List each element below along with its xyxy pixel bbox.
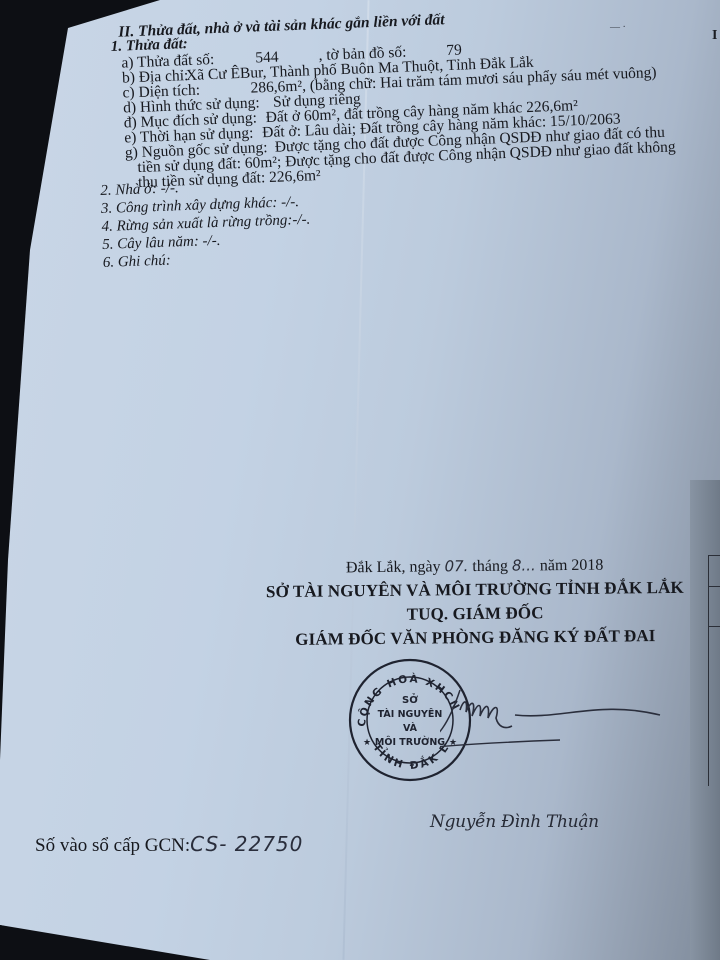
other-assets-list: 2. Nhà ở: -/-. 3. Công trình xây dựng kh… [100,175,312,272]
signer-name: Nguyễn Đình Thuận [430,812,599,832]
land-parcel-section: II. Thửa đất, nhà ở và tài sản khác gắn … [110,4,676,191]
stamp-center-line-4: MÔI TRƯỜNG [375,736,445,748]
issue-month: 8... [512,556,536,574]
stamp-center-line-1: SỞ [402,692,418,706]
register-value: CS- 22750 [190,832,303,856]
certificate-register-number: Số vào sổ cấp GCN:CS- 22750 [35,832,303,857]
adjacent-page-mark: I [712,28,717,44]
issue-day: 07. [444,557,468,575]
issue-place: Đắk Lắk, ngày [346,558,441,576]
signer-title: GIÁM ĐỐC VĂN PHÒNG ĐĂNG KÝ ĐẤT ĐAI [260,624,690,653]
issue-year: năm 2018 [540,557,604,575]
issuing-authority: SỞ TÀI NGUYÊN VÀ MÔI TRƯỜNG TỈNH ĐẮK LẮK [260,576,690,605]
month-label: tháng [472,558,508,575]
handwritten-signature-icon [440,680,670,760]
adjacent-page-table [708,555,720,786]
stamp-center-line-3: VÀ [403,722,418,734]
svg-text:★: ★ [363,737,371,747]
signature-block: Đắk Lắk, ngày 07. tháng 8... năm 2018 SỞ… [260,553,691,652]
stamp-center-line-2: TÀI NGUYÊN [378,708,443,720]
register-label: Số vào sổ cấp GCN: [35,835,190,856]
